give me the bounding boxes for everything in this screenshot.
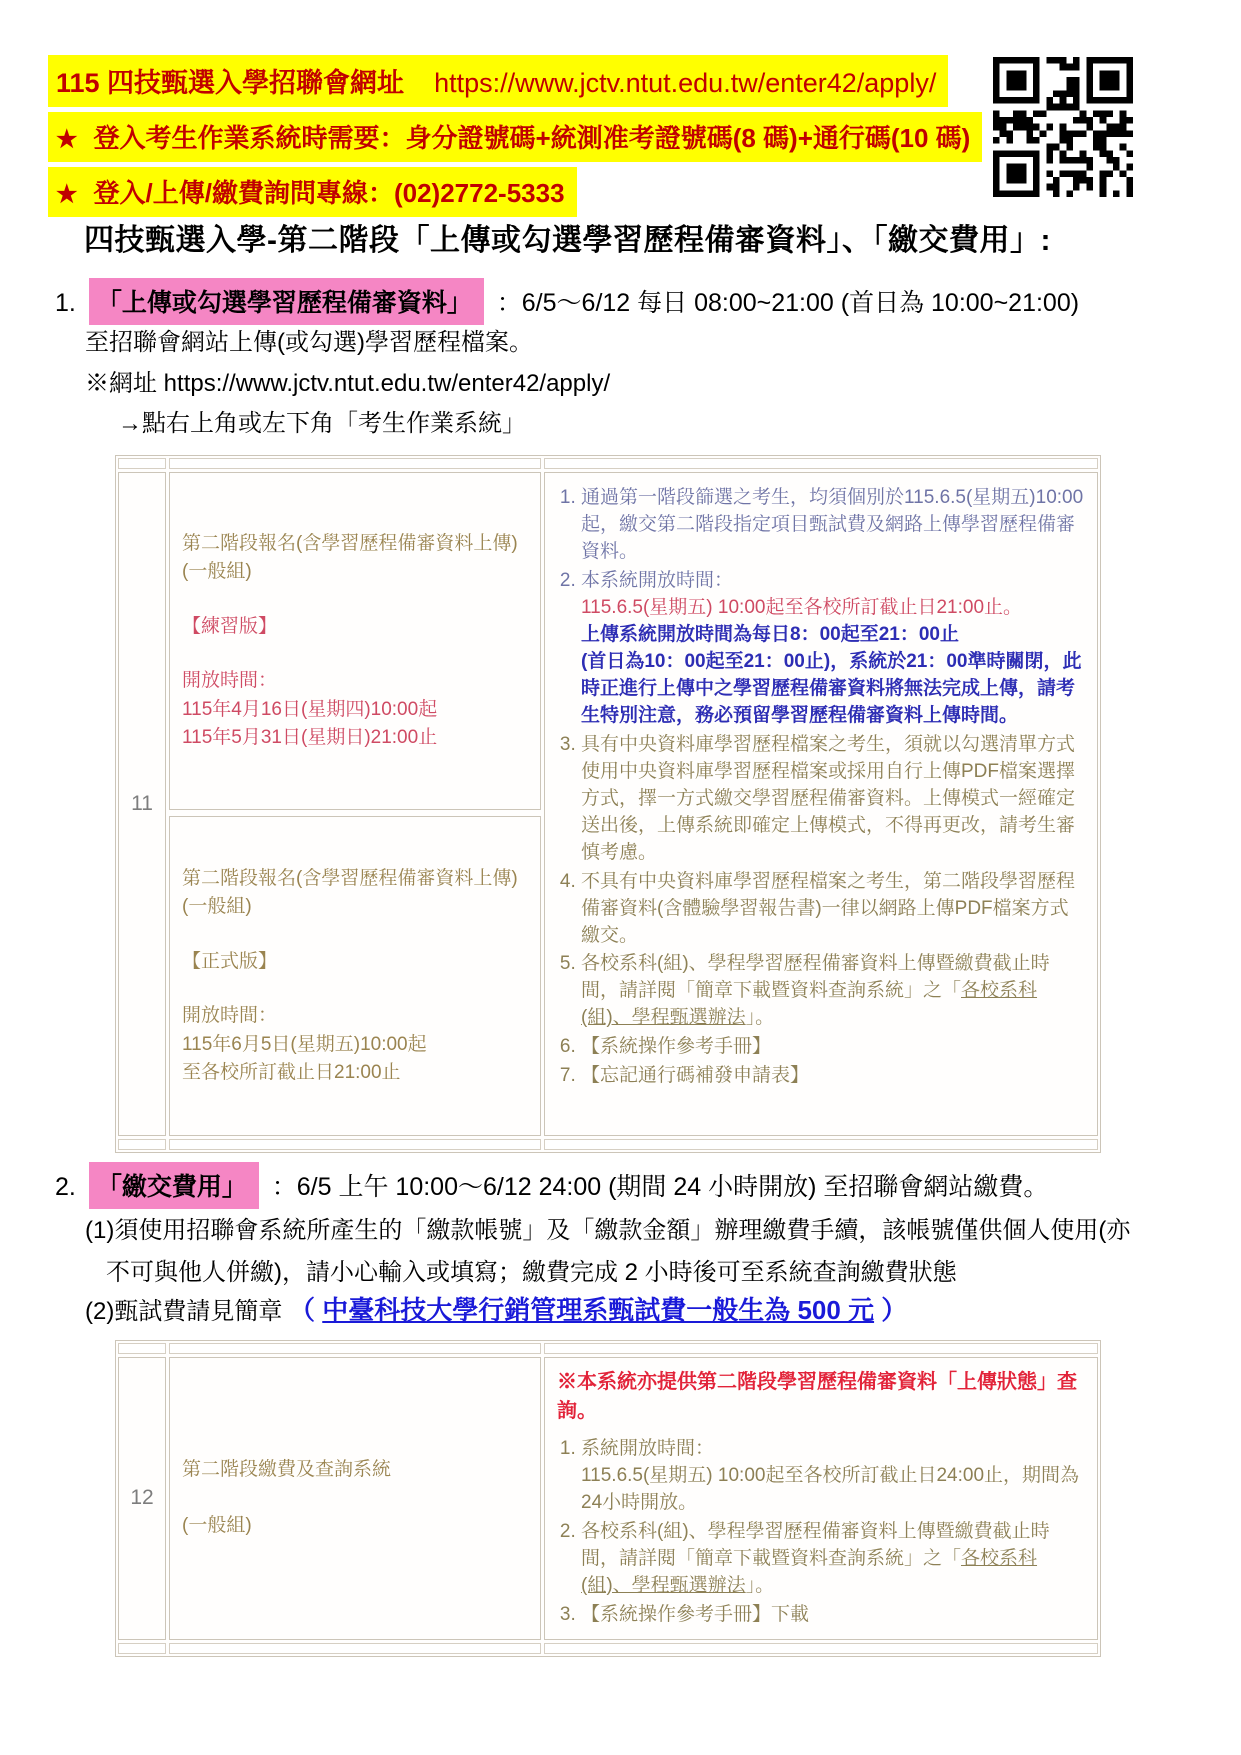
login-requirements-text: 登入考生作業系統時需要：身分證號碼+統測准考證號碼(8 碼)+通行碼(10 碼) — [94, 123, 971, 153]
open-time-label: 開放時間： — [182, 1002, 528, 1031]
qr-code — [993, 57, 1133, 197]
stub-cell — [169, 1643, 541, 1654]
page-title: 四技甄選入學-第二階段「上傳或勾選學習歷程備審資料」、「繳交費用」: — [84, 215, 1051, 259]
stub-cell — [118, 1643, 166, 1654]
fee-note-label: (2)甄試費請見簡章 — [85, 1298, 282, 1325]
open-time-intro: 系統開放時間： — [581, 1438, 714, 1459]
upload-hours-bold: 上傳系統開放時間為每日8：00起至21：00止 — [581, 624, 959, 645]
section2-p1a: (1)須使用招聯會系統所產生的「繳款帳號」及「繳款金額」辦理繳費手續，該帳號僅供… — [85, 1210, 1130, 1245]
section2-number: 2. — [55, 1173, 76, 1201]
version-label: 【練習版】 — [182, 613, 528, 642]
open-to: 115年5月31日(星期日)21:00止 — [182, 724, 528, 753]
fee-amount-link[interactable]: 中臺科技大學行銷管理系甄試費一般生為 500 元 — [322, 1295, 874, 1325]
table-crop-top — [118, 458, 1098, 469]
section2-p1b: 不可與他人併繳)，請小心輸入或填寫；繳費完成 2 小時後可至系統查詢繳費狀態 — [106, 1252, 957, 1287]
upload-status-note: ※本系統亦提供第二階段學習歷程備審資料「上傳狀態」查詢。 — [549, 1362, 1087, 1436]
section1-line2: 至招聯會網站上傳(或勾選)學習歷程檔案。 — [85, 322, 533, 357]
fee-paren-close: ） — [874, 1295, 907, 1325]
stub-cell — [544, 1343, 1098, 1354]
system-title: 第二階段繳費及查詢系統 — [182, 1456, 528, 1485]
jctv-site-label: 115 四技甄選入學招聯會網址 — [56, 68, 404, 98]
section2-schedule: ：6/5 上午 10:00～6/12 24:00 (期間 24 小時開放) 至招… — [272, 1173, 1049, 1201]
stub-cell — [544, 1643, 1098, 1654]
open-time-detail: 115.6.5(星期五) 10:00起至各校所訂截止日24:00止，期間為24小… — [581, 1465, 1079, 1513]
passcode-reissue-link[interactable]: 【忘記通行碼補發申請表】 — [581, 1063, 1087, 1090]
notice-line-2: ★登入考生作業系統時需要：身分證號碼+統測准考證號碼(8 碼)+通行碼(10 碼… — [48, 112, 982, 162]
stub-cell — [544, 1139, 1098, 1150]
open-from: 115年6月5日(星期五)10:00起 — [182, 1031, 528, 1060]
table-crop-bottom — [118, 1139, 1098, 1150]
url-prefix: ※網址 — [85, 370, 164, 397]
system-table-row11: 11 第二階段報名(含學習歷程備審資料上傳) (一般組) 【練習版】 開放時間：… — [115, 455, 1101, 1153]
section1-heading: 1. 「上傳或勾選學習歷程備審資料」 ：6/5～6/12 每日 08:00~21… — [55, 278, 1079, 325]
group-label: (一般組) — [182, 1512, 528, 1541]
practice-version-cell: 第二階段報名(含學習歷程備審資料上傳) (一般組) 【練習版】 開放時間： 11… — [169, 472, 541, 810]
table1-item-4: 不具有中央資料庫學習歷程檔案之考生，第二階段學習歷程備審資料(含體驗學習報告書)… — [581, 869, 1087, 950]
stub-cell — [118, 458, 166, 469]
table-crop-bottom — [118, 1643, 1098, 1654]
item5-text-end: 」。 — [746, 1007, 775, 1028]
version-label: 【正式版】 — [182, 948, 528, 977]
open-time-red: 115.6.5(星期五) 10:00起至各校所訂截止日21:00止。 — [581, 597, 1022, 618]
stub-cell — [544, 458, 1098, 469]
section1-line3: ※網址 https://www.jctv.ntut.edu.tw/enter42… — [85, 363, 610, 398]
table2-item-1: 系統開放時間： 115.6.5(星期五) 10:00起至各校所訂截止日24:00… — [581, 1436, 1087, 1517]
open-to: 至各校所訂截止日21:00止 — [182, 1059, 528, 1088]
table1-item-5: 各校系科(組)、學程學習歷程備審資料上傳暨繳費截止時間，請詳閱「簡章下載暨資料查… — [581, 951, 1087, 1032]
stub-cell — [118, 1343, 166, 1354]
manual-download-link[interactable]: 【系統操作參考手冊】下載 — [581, 1602, 1087, 1629]
official-version-cell: 第二階段報名(含學習歷程備審資料上傳) (一般組) 【正式版】 開放時間： 11… — [169, 816, 541, 1136]
group-label: (一般組) — [182, 558, 528, 587]
row-number: 12 — [118, 1357, 166, 1640]
star-icon: ★ — [56, 126, 78, 153]
notice-header: 115 四技甄選入學招聯會網址https://www.jctv.ntut.edu… — [48, 55, 982, 217]
jctv-site-url[interactable]: https://www.jctv.ntut.edu.tw/enter42/app… — [434, 68, 936, 98]
open-time-intro: 本系統開放時間： — [581, 570, 733, 591]
apply-url[interactable]: https://www.jctv.ntut.edu.tw/enter42/app… — [164, 370, 610, 397]
table2-item-2: 各校系科(組)、學程學習歷程備審資料上傳暨繳費截止時間，請詳閱「簡章下載暨資料查… — [581, 1519, 1087, 1600]
table1-item-1: 通過第一階段篩選之考生，均須個別於115.6.5(星期五)10:00起，繳交第二… — [581, 485, 1087, 566]
upload-warning-bold: (首日為10：00起至21：00止)，系統於21：00準時關閉，此時正進行上傳中… — [581, 651, 1081, 726]
stub-cell — [169, 458, 541, 469]
section2-p2: (2)甄試費請見簡章 （ 中臺科技大學行銷管理系甄試費一般生為 500 元 ） — [85, 1290, 907, 1327]
system-name-column: 第二階段繳費及查詢系統 (一般組) — [169, 1357, 541, 1640]
stub-cell — [118, 1139, 166, 1150]
section1-number: 1. — [55, 289, 76, 317]
group-label: (一般組) — [182, 893, 528, 922]
table1-item-2: 本系統開放時間： 115.6.5(星期五) 10:00起至各校所訂截止日21:0… — [581, 568, 1087, 730]
section1-schedule: ：6/5～6/12 每日 08:00~21:00 (首日為 10:00~21:0… — [497, 289, 1079, 317]
item2-text-end: 」。 — [746, 1575, 775, 1596]
section2-label: 「繳交費用」 — [89, 1162, 259, 1209]
system-title: 第二階段報名(含學習歷程備審資料上傳) — [182, 865, 528, 894]
stub-cell — [169, 1343, 541, 1354]
section1-label: 「上傳或勾選學習歷程備審資料」 — [89, 278, 484, 325]
row-number: 11 — [118, 472, 166, 1136]
system-table-row12: 12 第二階段繳費及查詢系統 (一般組) ※本系統亦提供第二階段學習歷程備審資料… — [115, 1340, 1101, 1657]
table1-item-3: 具有中央資料庫學習歷程檔案之考生，須就以勾選清單方式使用中央資料庫學習歷程檔案或… — [581, 732, 1087, 867]
system-title: 第二階段報名(含學習歷程備審資料上傳) — [182, 530, 528, 559]
system-notes-cell: ※本系統亦提供第二階段學習歷程備審資料「上傳狀態」查詢。 系統開放時間： 115… — [544, 1357, 1098, 1640]
fee-paren-open: （ — [289, 1295, 322, 1325]
payment-system-cell: 第二階段繳費及查詢系統 (一般組) — [169, 1357, 541, 1640]
section2-heading: 2. 「繳交費用」 ：6/5 上午 10:00～6/12 24:00 (期間 2… — [55, 1162, 1048, 1209]
hotline-text: 登入/上傳/繳費詢問專線：(02)2772-5333 — [94, 178, 565, 208]
notice-line-3: ★登入/上傳/繳費詢問專線：(02)2772-5333 — [48, 167, 577, 217]
section1-line4: →點右上角或左下角「考生作業系統」 — [118, 403, 526, 438]
notice-line-1: 115 四技甄選入學招聯會網址https://www.jctv.ntut.edu… — [48, 55, 948, 107]
star-icon: ★ — [56, 181, 78, 208]
stub-cell — [169, 1139, 541, 1150]
system-notes-cell: 通過第一階段篩選之考生，均須個別於115.6.5(星期五)10:00起，繳交第二… — [544, 472, 1098, 1136]
manual-link[interactable]: 【系統操作參考手冊】 — [581, 1034, 1087, 1061]
open-from: 115年4月16日(星期四)10:00起 — [182, 696, 528, 725]
open-time-label: 開放時間： — [182, 667, 528, 696]
table-crop-top — [118, 1343, 1098, 1354]
system-name-column: 第二階段報名(含學習歷程備審資料上傳) (一般組) 【練習版】 開放時間： 11… — [169, 472, 541, 1136]
